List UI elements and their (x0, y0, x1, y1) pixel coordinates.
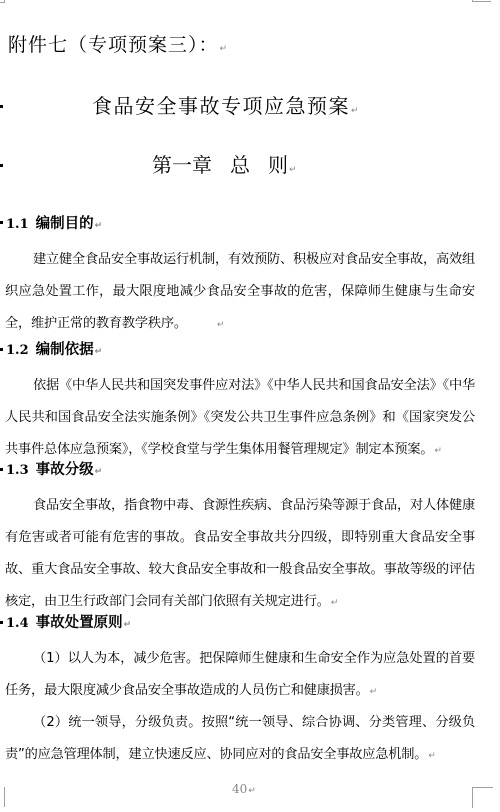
document-title-text: 食品安全事故专项应急预案 (92, 94, 350, 118)
paragraph-mark-icon: ↵ (331, 598, 338, 608)
paragraph-mark-icon: ↵ (95, 347, 103, 357)
paragraph-mark-icon: ↵ (217, 320, 224, 330)
paragraph-mark-icon: ↵ (351, 106, 360, 116)
section-paragraph: （1）以人为本，减少危害。把保障师生健康和生命安全作为应急处置的首要任务，最大限… (5, 643, 475, 708)
section-paragraph: 依据《中华人民共和国突发事件应对法》《中华人民共和国食品安全法》《中华人民共和国… (5, 370, 475, 467)
section-number: 1.3 (6, 463, 29, 478)
paragraph-mark-icon: ↵ (434, 446, 441, 456)
crop-mark-top-left (0, 0, 5, 3)
section-number: 1.2 (6, 343, 29, 358)
paragraph-mark-icon: ↵ (95, 467, 103, 477)
page-number: 40↵ (232, 782, 256, 796)
paragraph-text: （1）以人为本，减少危害。把保障师生健康和生命安全作为应急处置的首要任务，最大限… (5, 651, 475, 698)
section-heading: 1.1编制目的↵ (6, 212, 102, 233)
paragraph-mark-icon: ↵ (124, 620, 132, 630)
section-heading: 1.4事故处置原则↵ (6, 611, 131, 632)
section-heading: 1.2编制依据↵ (6, 338, 102, 359)
paragraph-text: （2）统一领导，分级负责。按照“统一领导、综合协调、分类管理、分级负责”的应急管… (5, 715, 475, 762)
document-title: 食品安全事故专项应急预案↵ (92, 90, 360, 119)
section-title: 事故分级 (36, 462, 94, 478)
chapter-title-part: 总 (230, 153, 250, 177)
page-number-text: 40 (232, 782, 247, 796)
section-number: 1.4 (6, 616, 29, 631)
section-title: 编制依据 (36, 342, 94, 358)
paragraph-text: 食品安全事故，指食物中毒、食源性疾病、食品污染等源于食品，对人体健康有危害或者可… (5, 498, 475, 609)
outline-bullet-icon (0, 621, 3, 624)
chapter-label: 第一章 (152, 153, 212, 177)
paragraph-mark-icon: ↵ (289, 165, 297, 175)
paragraph-mark-icon: ↵ (370, 687, 377, 697)
outline-bullet-icon (0, 221, 3, 224)
paragraph-mark-icon: ↵ (248, 786, 256, 796)
section-heading: 1.3事故分级↵ (6, 458, 102, 479)
outline-bullet-icon (0, 468, 3, 471)
section-paragraph: （2）统一领导，分级负责。按照“统一领导、综合协调、分类管理、分级负责”的应急管… (5, 707, 475, 772)
outline-bullet-icon (0, 105, 3, 108)
attachment-heading-text: 附件七（专项预案三）： (8, 34, 219, 56)
paragraph-mark-icon: ↵ (95, 221, 103, 231)
section-title: 编制目的 (36, 216, 94, 232)
chapter-heading: 第一章总则↵ (152, 149, 297, 178)
paragraph-mark-icon: ↵ (220, 44, 229, 54)
paragraph-mark-icon: ↵ (428, 751, 435, 761)
outline-bullet-icon (0, 348, 3, 351)
section-paragraph: 食品安全事故，指食物中毒、食源性疾病、食品污染等源于食品，对人体健康有危害或者可… (5, 490, 475, 619)
crop-mark-top-right (472, 0, 491, 2)
section-title: 事故处置原则 (36, 615, 123, 631)
chapter-title-part: 则 (268, 153, 288, 177)
crop-mark-bottom-right (472, 787, 493, 808)
paragraph-text: 依据《中华人民共和国突发事件应对法》《中华人民共和国食品安全法》《中华人民共和国… (5, 378, 475, 457)
outline-bullet-icon (0, 164, 3, 167)
section-paragraph: 建立健全食品安全事故运行机制，有效预防、积极应对食品安全事故，高效组织应急处置工… (5, 244, 475, 341)
crop-mark-bottom-left (0, 787, 5, 807)
attachment-heading: 附件七（专项预案三）：↵ (8, 30, 228, 57)
paragraph-text: 建立健全食品安全事故运行机制，有效预防、积极应对食品安全事故，高效组织应急处置工… (5, 252, 475, 331)
section-number: 1.1 (6, 217, 29, 232)
